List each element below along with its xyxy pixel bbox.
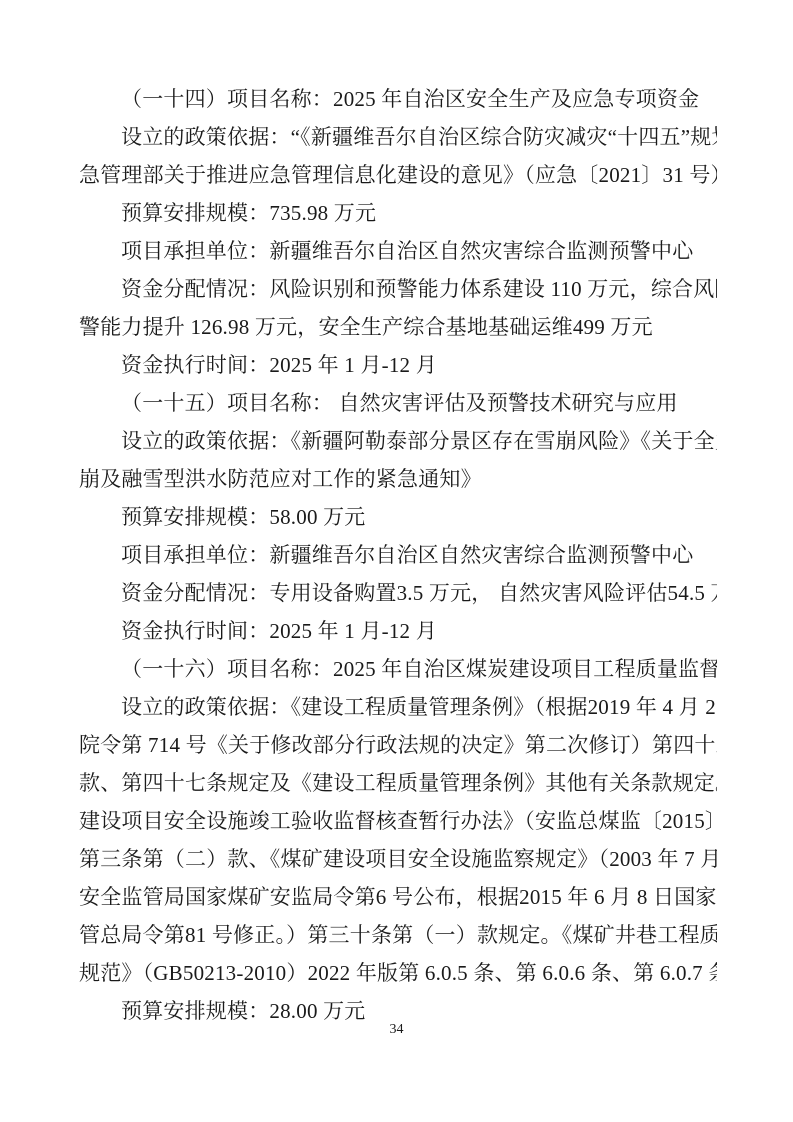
- text-line: 款、第四十七条规定及《建设工程质量管理条例》其他有关条款规定。《煤矿: [79, 764, 717, 802]
- text-line: 管总局令第81 号修正。）第三十条第（一）款规定。《煤矿井巷工程质量验收: [79, 916, 717, 954]
- text-line: 设立的政策依据：“《新疆维吾尔自治区综合防灾减灾“十四五”规划》《应: [79, 118, 717, 156]
- paragraph: （一十五）项目名称： 自然灾害评估及预警技术研究与应用: [79, 384, 717, 422]
- paragraph: 设立的政策依据：“《新疆维吾尔自治区综合防灾减灾“十四五”规划》《应急管理部关于…: [79, 118, 717, 194]
- document-body: （一十四）项目名称：2025 年自治区安全生产及应急专项资金设立的政策依据：“《…: [79, 80, 717, 1030]
- text-line: 设立的政策依据：《新疆阿勒泰部分景区存在雪崩风险》《关于全力做好雪: [79, 422, 717, 460]
- text-line: 第三条第（二）款、《煤矿建设项目安全设施监察规定》（2003 年 7 月 4 日…: [79, 840, 717, 878]
- text-line: 项目承担单位：新疆维吾尔自治区自然灾害综合监测预警中心: [79, 232, 717, 270]
- paragraph: （一十四）项目名称：2025 年自治区安全生产及应急专项资金: [79, 80, 717, 118]
- text-line: 崩及融雪型洪水防范应对工作的紧急通知》: [79, 460, 717, 498]
- paragraph: 设立的政策依据：《新疆阿勒泰部分景区存在雪崩风险》《关于全力做好雪崩及融雪型洪水…: [79, 422, 717, 498]
- text-line: 警能力提升 126.98 万元，安全生产综合基地基础运维499 万元: [79, 308, 717, 346]
- text-line: 设立的政策依据：《建设工程质量管理条例》（根据2019 年 4 月 23 日国务: [79, 688, 717, 726]
- text-line: 急管理部关于推进应急管理信息化建设的意见》（应急〔2021〕31 号）: [79, 156, 717, 194]
- text-line: 院令第 714 号《关于修改部分行政法规的决定》第二次修订）第四十三条第三: [79, 726, 717, 764]
- text-line: 预算安排规模：735.98 万元: [79, 194, 717, 232]
- text-line: （一十六）项目名称：2025 年自治区煤炭建设项目工程质量监督管理项目: [79, 650, 717, 688]
- paragraph: 设立的政策依据：《建设工程质量管理条例》（根据2019 年 4 月 23 日国务…: [79, 688, 717, 992]
- text-line: 规范》（GB50213-2010）2022 年版第 6.0.5 条、第 6.0.…: [79, 954, 717, 992]
- text-line: 项目承担单位：新疆维吾尔自治区自然灾害综合监测预警中心: [79, 536, 717, 574]
- text-line: 资金分配情况：风险识别和预警能力体系建设 110 万元，综合风险监测预: [79, 270, 717, 308]
- paragraph: 预算安排规模：735.98 万元: [79, 194, 717, 232]
- paragraph: 项目承担单位：新疆维吾尔自治区自然灾害综合监测预警中心: [79, 536, 717, 574]
- paragraph: 资金执行时间：2025 年 1 月-12 月: [79, 346, 717, 384]
- paragraph: 预算安排规模：58.00 万元: [79, 498, 717, 536]
- text-line: 安全监管局国家煤矿安监局令第6 号公布，根据2015 年 6 月 8 日国家安全…: [79, 878, 717, 916]
- text-line: 建设项目安全设施竣工验收监督核查暂行办法》（安监总煤监〔2015〕34 号）: [79, 802, 717, 840]
- paragraph: （一十六）项目名称：2025 年自治区煤炭建设项目工程质量监督管理项目: [79, 650, 717, 688]
- paragraph: 项目承担单位：新疆维吾尔自治区自然灾害综合监测预警中心: [79, 232, 717, 270]
- text-line: 资金分配情况：专用设备购置3.5 万元， 自然灾害风险评估54.5 万元: [79, 574, 717, 612]
- text-line: （一十五）项目名称： 自然灾害评估及预警技术研究与应用: [79, 384, 717, 422]
- text-line: 资金执行时间：2025 年 1 月-12 月: [79, 346, 717, 384]
- paragraph: 资金执行时间：2025 年 1 月-12 月: [79, 612, 717, 650]
- text-line: （一十四）项目名称：2025 年自治区安全生产及应急专项资金: [79, 80, 717, 118]
- paragraph: 资金分配情况：风险识别和预警能力体系建设 110 万元，综合风险监测预警能力提升…: [79, 270, 717, 346]
- text-line: 预算安排规模：58.00 万元: [79, 498, 717, 536]
- page-number: 34: [0, 1020, 793, 1040]
- document-page: （一十四）项目名称：2025 年自治区安全生产及应急专项资金设立的政策依据：“《…: [0, 0, 793, 1122]
- paragraph: 资金分配情况：专用设备购置3.5 万元， 自然灾害风险评估54.5 万元: [79, 574, 717, 612]
- text-line: 资金执行时间：2025 年 1 月-12 月: [79, 612, 717, 650]
